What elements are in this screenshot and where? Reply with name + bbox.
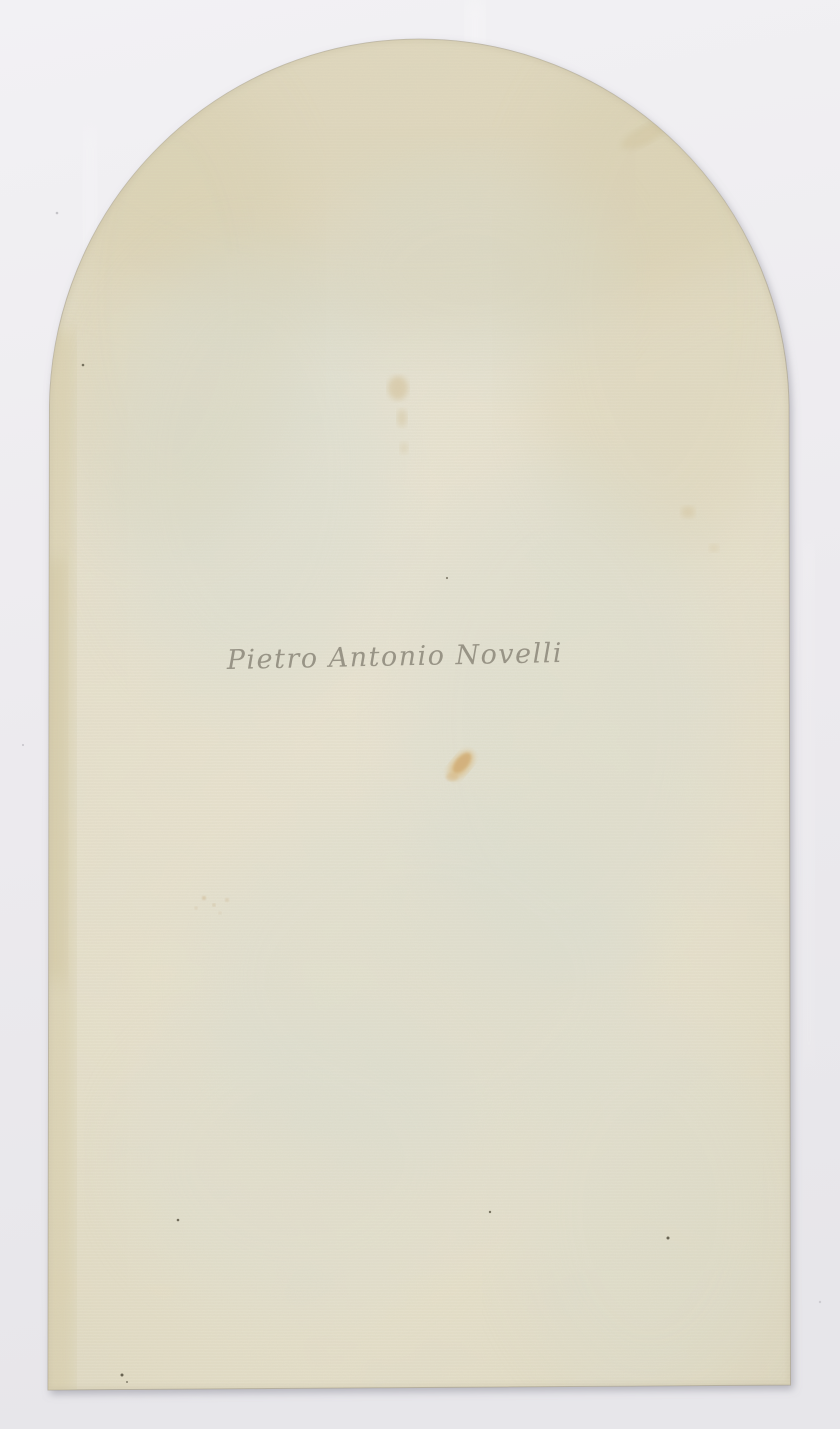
dust-speck bbox=[819, 1301, 821, 1303]
artwork-photo: Pietro Antonio Novelli bbox=[0, 0, 840, 1429]
sheet-surface-detail: Pietro Antonio Novelli bbox=[0, 0, 840, 1410]
dust-speck bbox=[22, 744, 24, 746]
paper-grain bbox=[30, 20, 810, 1410]
photo-stage: Pietro Antonio Novelli bbox=[0, 0, 840, 1429]
dust-speck bbox=[56, 212, 59, 215]
